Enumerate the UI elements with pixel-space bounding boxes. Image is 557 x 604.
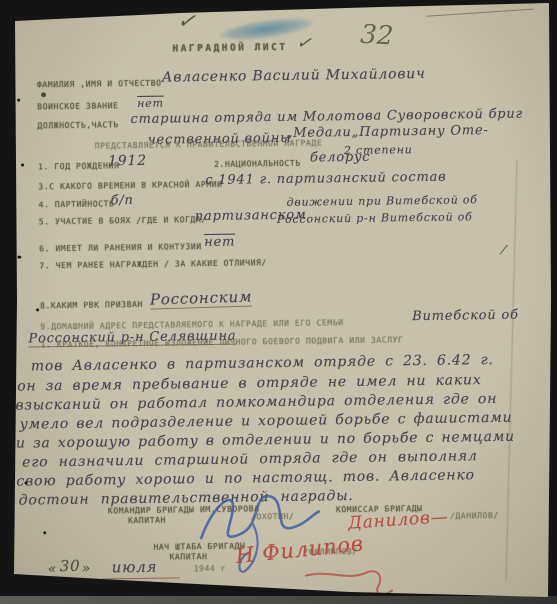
scan-edge-band — [0, 596, 557, 604]
photo-background: ✓ 32 НАГРАДНОЙ ЛИСТ ✓ ФАМИЛИЯ ,ИМЯ И ОТЧ… — [0, 0, 557, 604]
document-paper: ✓ 32 НАГРАДНОЙ ЛИСТ ✓ ФАМИЛИЯ ,ИМЯ И ОТЧ… — [0, 0, 557, 604]
photo-vignette — [0, 0, 557, 604]
